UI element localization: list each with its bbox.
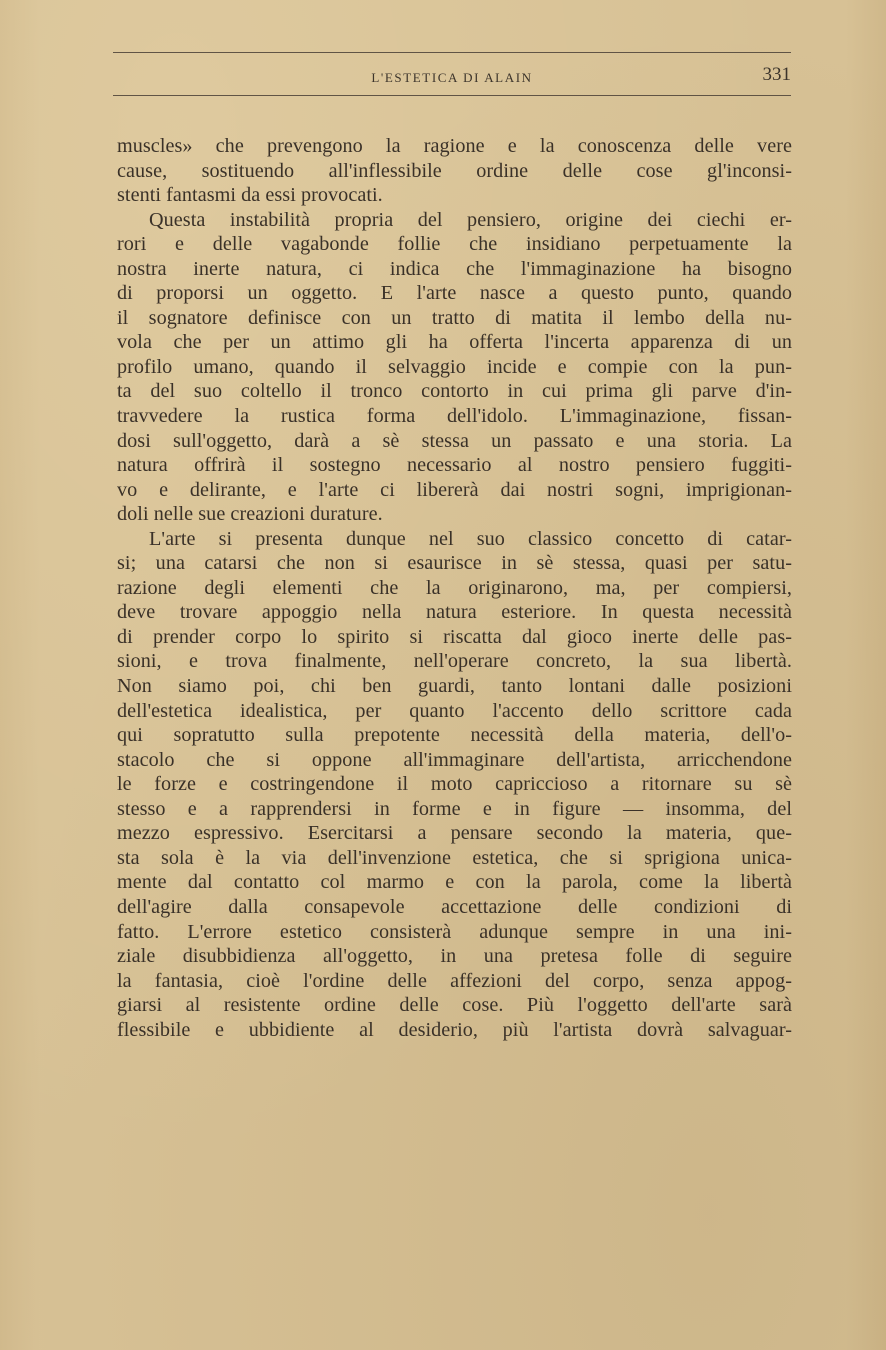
text-line: travvedere la rustica forma dell'idolo. …: [117, 404, 792, 429]
text-line: di proporsi un oggetto. E l'arte nasce a…: [117, 281, 792, 306]
text-line: ziale disubbidienza all'oggetto, in una …: [117, 944, 792, 969]
text-line: doli nelle sue creazioni durature.: [117, 502, 792, 527]
paragraph-first-line: L'arte si presenta dunque nel suo classi…: [117, 527, 792, 552]
text-line: il sognatore definisce con un tratto di …: [117, 306, 792, 331]
text-line: flessibile e ubbidiente al desiderio, pi…: [117, 1018, 792, 1043]
text-line: si; una catarsi che non si esaurisce in …: [117, 551, 792, 576]
text-line: natura offrirà il sostegno necessario al…: [117, 453, 792, 478]
running-header: L'ESTETICA DI ALAIN 331: [113, 64, 791, 88]
text-line: vo e delirante, e l'arte ci libererà dai…: [117, 478, 792, 503]
paragraph-first-line: Questa instabilità propria del pensiero,…: [117, 208, 792, 233]
text-line: Non siamo poi, chi ben guardi, tanto lon…: [117, 674, 792, 699]
text-line: fatto. L'errore estetico consisterà adun…: [117, 920, 792, 945]
text-line: giarsi al resistente ordine delle cose. …: [117, 993, 792, 1018]
text-line: razione degli elementi che la originaron…: [117, 576, 792, 601]
text-line: ta del suo coltello il tronco contorto i…: [117, 379, 792, 404]
header-top-rule: [113, 52, 791, 53]
running-title: L'ESTETICA DI ALAIN: [113, 70, 791, 86]
text-line: la fantasia, cioè l'ordine delle affezio…: [117, 969, 792, 994]
body-text: muscles» che prevengono la ragione e la …: [117, 134, 792, 1042]
page-number: 331: [763, 64, 792, 86]
text-line: dell'estetica idealistica, per quanto l'…: [117, 699, 792, 724]
text-line: mezzo espressivo. Esercitarsi a pensare …: [117, 821, 792, 846]
text-line: muscles» che prevengono la ragione e la …: [117, 134, 792, 159]
text-line: mente dal contatto col marmo e con la pa…: [117, 870, 792, 895]
text-line: stenti fantasmi da essi provocati.: [117, 183, 792, 208]
text-line: cause, sostituendo all'inflessibile ordi…: [117, 159, 792, 184]
text-line: vola che per un attimo gli ha offerta l'…: [117, 330, 792, 355]
text-line: sioni, e trova finalmente, nell'operare …: [117, 649, 792, 674]
text-line: dosi sull'oggetto, darà a sè stessa un p…: [117, 429, 792, 454]
text-line: rori e delle vagabonde follie che insidi…: [117, 232, 792, 257]
text-line: stacolo che si oppone all'immaginare del…: [117, 748, 792, 773]
text-line: dell'agire dalla consapevole accettazion…: [117, 895, 792, 920]
text-line: le forze e costringendone il moto capric…: [117, 772, 792, 797]
text-line: sta sola è la via dell'invenzione esteti…: [117, 846, 792, 871]
text-line: qui sopratutto sulla prepotente necessit…: [117, 723, 792, 748]
text-line: di prender corpo lo spirito si riscatta …: [117, 625, 792, 650]
text-line: deve trovare appoggio nella natura ester…: [117, 600, 792, 625]
text-line: profilo umano, quando il selvaggio incid…: [117, 355, 792, 380]
header-bottom-rule: [113, 95, 791, 96]
text-line: nostra inerte natura, ci indica che l'im…: [117, 257, 792, 282]
book-page: L'ESTETICA DI ALAIN 331 muscles» che pre…: [0, 0, 886, 1350]
text-line: stesso e a rapprendersi in forme e in fi…: [117, 797, 792, 822]
